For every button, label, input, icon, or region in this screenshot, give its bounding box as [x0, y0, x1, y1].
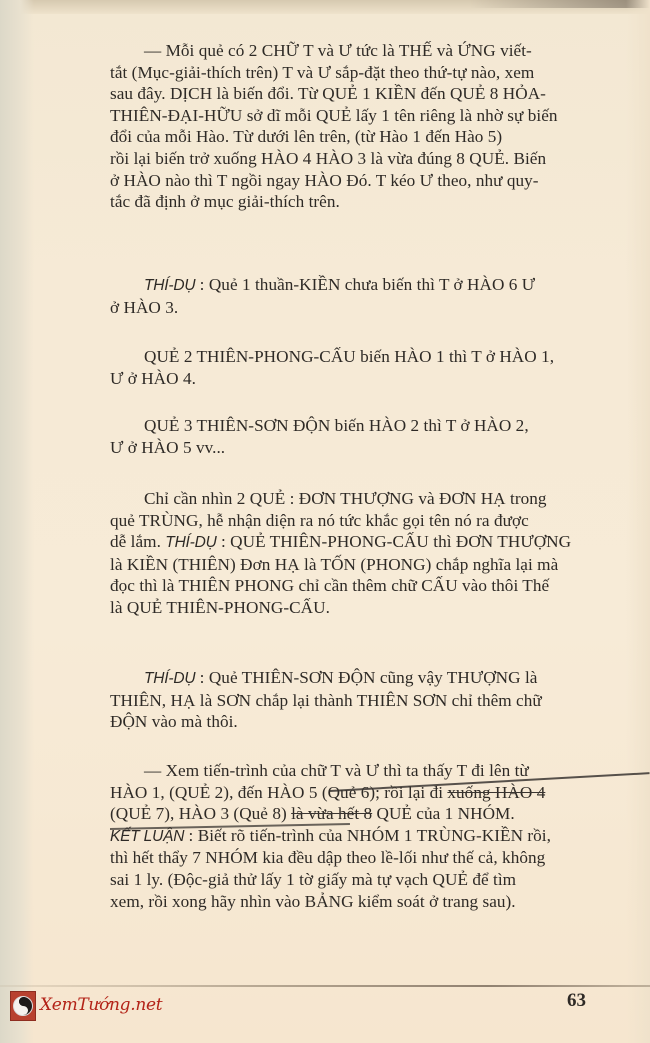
text-line: ĐỘN vào mà thôi.: [110, 711, 542, 733]
text-line: THIÊN-ĐẠI-HỮU sở dĩ mỗi QUẺ lấy 1 tên ri…: [110, 105, 558, 127]
watermark-logo: XemTướng.net: [10, 991, 162, 1021]
text-line: đọc thì là THIÊN PHONG chỉ cần thêm chữ …: [110, 575, 571, 597]
text-segment: : QUẺ THIÊN-PHONG-CẤU thì ĐƠN THƯỢNG: [217, 532, 571, 551]
logo-badge: [10, 991, 36, 1021]
text-line: ở HÀO 3.: [110, 297, 535, 319]
paragraph-recognize: Chỉ cần nhìn 2 QUẺ : ĐƠN THƯỢNG và ĐƠN H…: [110, 488, 571, 619]
page-left-edge: [0, 0, 34, 1043]
text-segment: : Quẻ 1 thuần-KIỀN chưa biến thì T ở HÀO…: [195, 275, 535, 294]
text-line: QUẺ 2 THIÊN-PHONG-CẤU biến HÀO 1 thì T ở…: [110, 346, 554, 368]
watermark-text: XemTướng.net: [40, 995, 162, 1015]
paragraph-intro: — Mỗi quẻ có 2 CHỮ T và Ư tức là THẾ và …: [110, 40, 558, 213]
text-line: — Mỗi quẻ có 2 CHỮ T và Ư tức là THẾ và …: [110, 40, 558, 62]
text-line: THÍ-DỤ : Quẻ THIÊN-SƠN ĐỘN cũng vậy THƯỢ…: [110, 667, 542, 690]
struck-text: xuống HÀO 4: [447, 783, 545, 802]
example-label: THÍ-DỤ: [144, 277, 195, 294]
text-line: rồi lại biến trở xuống HÀO 4 HÀO 3 là vừ…: [110, 148, 558, 170]
text-line: KẾT LUẬN : Biết rõ tiến-trình của NHÓM 1…: [110, 825, 551, 848]
text-line: THÍ-DỤ : Quẻ 1 thuần-KIỀN chưa biến thì …: [110, 274, 535, 297]
text-line: tắt (Mục-giải-thích trên) T và Ư sắp-đặt…: [110, 62, 558, 84]
paragraph-example-1: THÍ-DỤ : Quẻ 1 thuần-KIỀN chưa biến thì …: [110, 274, 535, 318]
page-top-shadow: [470, 0, 650, 8]
text-line: sai 1 ly. (Độc-giả thử lấy 1 tờ giấy mà …: [110, 869, 551, 891]
text-line: QUẺ 3 THIÊN-SƠN ĐỘN biến HÀO 2 thì T ở H…: [110, 415, 529, 437]
text-segment: (QUẺ 7), HÀO 3 (Quẻ 8): [110, 804, 291, 823]
text-segment: QUẺ của 1 NHÓM.: [372, 804, 515, 823]
text-line: sau đây. DỊCH là biến đổi. Từ QUẺ 1 KIỀN…: [110, 83, 558, 105]
text-line: THIÊN, HẠ là SƠN chắp lại thành THIÊN SƠ…: [110, 690, 542, 712]
text-line: là QUẺ THIÊN-PHONG-CẤU.: [110, 597, 571, 619]
footer-rule: [0, 985, 650, 987]
page-right-edge: [626, 0, 650, 1043]
text-segment: : Biết rõ tiến-trình của NHÓM 1 TRÙNG-KI…: [184, 826, 551, 845]
text-line: Ư ở HÀO 4.: [110, 368, 554, 390]
text-segment: : Quẻ THIÊN-SƠN ĐỘN cũng vậy THƯỢNG là: [195, 668, 537, 687]
example-label: THÍ-DỤ: [165, 534, 216, 551]
text-line: HÀO 1, (QUẺ 2), đến HÀO 5 (Quẻ 6); rồi l…: [110, 782, 551, 804]
text-line: Chỉ cần nhìn 2 QUẺ : ĐƠN THƯỢNG và ĐƠN H…: [110, 488, 571, 510]
page-number: 63: [567, 990, 586, 1012]
text-line: là KIỀN (THIÊN) Đơn HẠ là TỐN (PHONG) ch…: [110, 554, 571, 576]
text-line: tắc đã định ở mục giải-thích trên.: [110, 191, 558, 213]
conclusion-label: KẾT LUẬN: [110, 828, 184, 845]
struck-text: là vừa hết 8: [291, 804, 372, 823]
text-line: thì hết thẩy 7 NHÓM kia đều dập theo lề-…: [110, 847, 551, 869]
text-line: quẻ TRÙNG, hễ nhận diện ra nó tức khắc g…: [110, 510, 571, 532]
yin-yang-icon: [13, 996, 33, 1016]
paragraph-example-4: THÍ-DỤ : Quẻ THIÊN-SƠN ĐỘN cũng vậy THƯỢ…: [110, 667, 542, 733]
text-line: xem, rồi xong hãy nhìn vào BẢNG kiểm soá…: [110, 891, 551, 913]
text-line: Ư ở HÀO 5 vv...: [110, 437, 529, 459]
text-line: (QUẺ 7), HÀO 3 (Quẻ 8) là vừa hết 8 QUẺ …: [110, 803, 551, 825]
text-line: đổi của mỗi Hào. Từ dưới lên trên, (từ H…: [110, 126, 558, 148]
text-segment: dễ lắm.: [110, 532, 165, 551]
text-line: ở HÀO nào thì T ngồi ngay HÀO Đó. T kéo …: [110, 170, 558, 192]
paragraph-example-2: QUẺ 2 THIÊN-PHONG-CẤU biến HÀO 1 thì T ở…: [110, 346, 554, 389]
paragraph-example-3: QUẺ 3 THIÊN-SƠN ĐỘN biến HÀO 2 thì T ở H…: [110, 415, 529, 458]
example-label: THÍ-DỤ: [144, 670, 195, 687]
text-line: dễ lắm. THÍ-DỤ : QUẺ THIÊN-PHONG-CẤU thì…: [110, 531, 571, 554]
text-line: — Xem tiến-trình của chữ T và Ư thì ta t…: [110, 760, 551, 782]
